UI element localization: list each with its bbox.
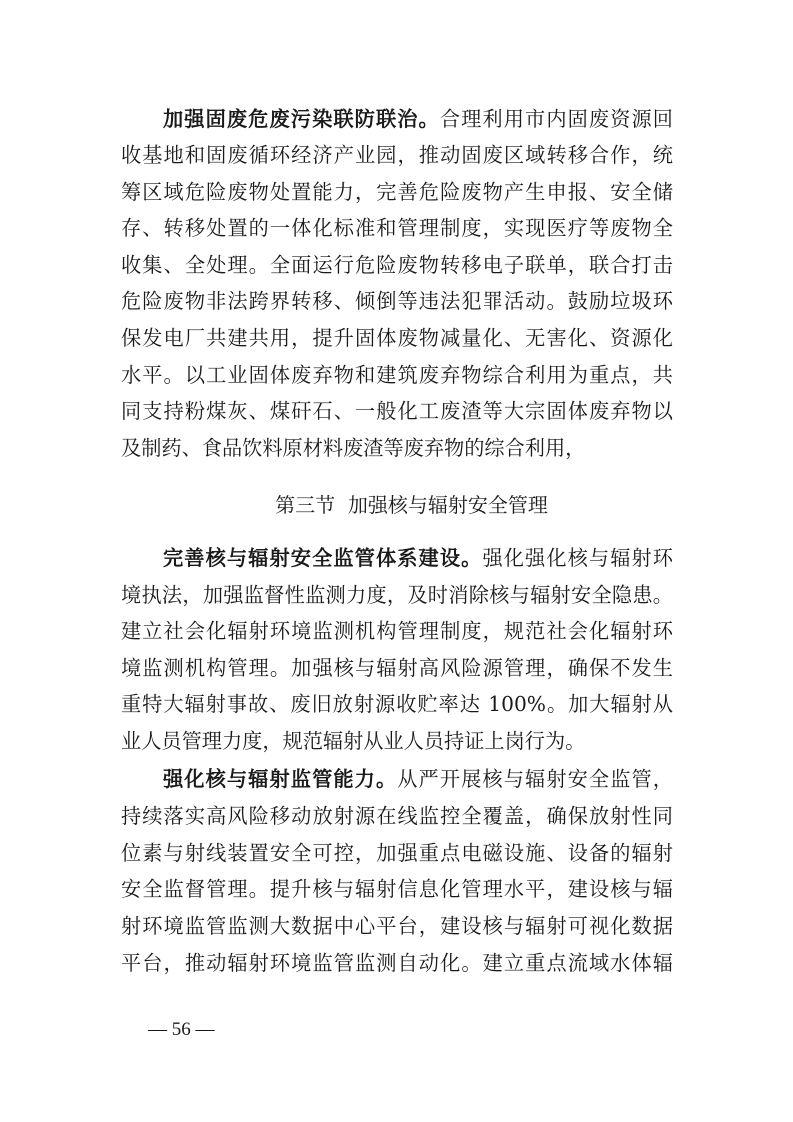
page-number: — 56 — (148, 1016, 215, 1044)
paragraph-line: 保发电厂共建共用，提升固体废物减量化、无害化、资源化 (121, 323, 673, 353)
paragraph-line: 射环境监管监测大数据中心平台，建设核与辐射可视化数据 (121, 911, 673, 941)
paragraph-line: 强化核与辐射监管能力。从严开展核与辐射安全监管， (163, 764, 673, 794)
paragraph-line: 筹区域危险废物处置能力，完善危险废物产生申报、安全储 (121, 177, 673, 207)
paragraph-lead-heading: 加强固废危废污染联防联治。 (163, 107, 440, 131)
document-page: 加强固废危废污染联防联治。合理利用市内固废资源回 收基地和固废循环经济产业园，推… (0, 0, 793, 1122)
paragraph-line: 收基地和固废循环经济产业园，推动固废区域转移合作，统 (121, 140, 673, 170)
paragraph-line: 完善核与辐射安全监管体系建设。强化强化核与辐射环 (163, 543, 673, 573)
paragraph-line: 加强固废危废污染联防联治。合理利用市内固废资源回 (163, 104, 673, 134)
paragraph-line: 水平。以工业固体废弃物和建筑废弃物综合利用为重点，共 (121, 360, 673, 390)
paragraph-text: 从严开展核与辐射安全监管， (397, 767, 673, 791)
paragraph-line: 境监测机构管理。加强核与辐射高风险源管理，确保不发生 (121, 653, 673, 683)
paragraph-lead-heading: 完善核与辐射安全监管体系建设。 (163, 546, 482, 570)
paragraph-line: 建立社会化辐射环境监测机构管理制度，规范社会化辐射环 (121, 616, 673, 646)
paragraph-line: 重特大辐射事故、废旧放射源收贮率达 100%。加大辐射从 (121, 689, 673, 719)
paragraph-line: 收集、全处理。全面运行危险废物转移电子联单，联合打击 (121, 250, 673, 280)
paragraph-line: 业人员管理力度，规范辐射从业人员持证上岗行为。 (121, 726, 673, 756)
paragraph-line: 平台，推动辐射环境监管监测自动化。建立重点流域水体辐 (121, 948, 673, 978)
paragraph-line: 危险废物非法跨界转移、倾倒等违法犯罪活动。鼓励垃圾环 (121, 286, 673, 316)
paragraph-line: 及制药、食品饮料原材料废渣等废弃物的综合利用， (121, 433, 673, 463)
paragraph-line: 安全监督管理。提升核与辐射信息化管理水平，建设核与辐 (121, 874, 673, 904)
paragraph-line: 境执法，加强监督性监测力度，及时消除核与辐射安全隐患。 (121, 580, 673, 610)
paragraph-line: 位素与射线装置安全可控，加强重点电磁设施、设备的辐射 (121, 838, 673, 868)
paragraph-line: 存、转移处置的一体化标准和管理制度，实现医疗等废物全 (121, 213, 673, 243)
paragraph-text: 强化强化核与辐射环 (482, 546, 673, 570)
paragraph-line: 持续落实高风险移动放射源在线监控全覆盖，确保放射性同 (121, 801, 673, 831)
paragraph-text: 合理利用市内固废资源回 (440, 107, 673, 131)
paragraph-lead-heading: 强化核与辐射监管能力。 (163, 767, 397, 791)
section-heading: 第三节 加强核与辐射安全管理 (0, 490, 793, 520)
paragraph-line: 同支持粉煤灰、煤矸石、一般化工废渣等大宗固体废弃物以 (121, 396, 673, 426)
